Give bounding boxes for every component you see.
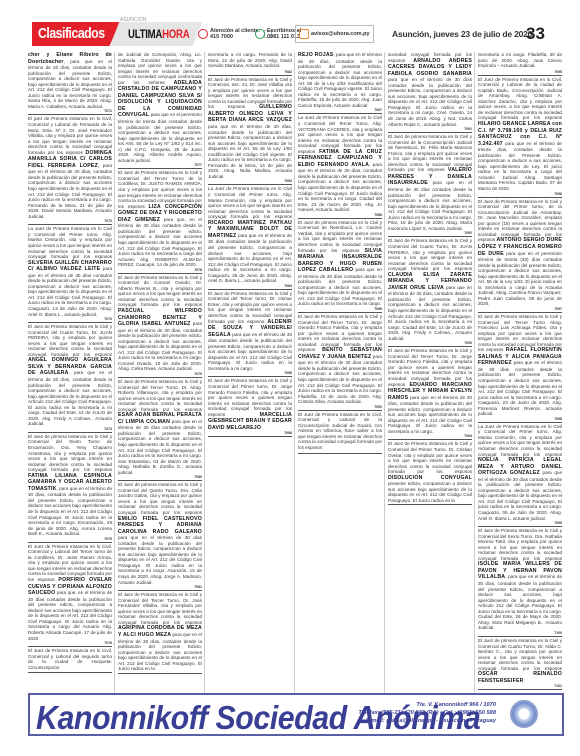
notice-code: 7077: [118, 163, 202, 167]
notice-text: para que en el término de 30 días contad…: [208, 332, 292, 371]
notice-code: 7081: [118, 585, 202, 589]
legal-notice: La Juez de Primera Instancia en lo Civil…: [478, 424, 562, 527]
notice-code: 7101: [478, 684, 562, 688]
notice-text: para que en el término de 30 días contad…: [28, 266, 112, 316]
notice-text: La Juez de Primera Instancia en lo Civil…: [478, 424, 562, 457]
notice-text: La Juez de Primera Instancia en lo Civil…: [28, 226, 112, 259]
notice-text: , para que en el término de 30 días, con…: [298, 162, 382, 212]
notice-text: , para que en el término de 30 días, con…: [28, 59, 112, 109]
notice-code: 7071: [28, 109, 112, 113]
page-header: ASUNCIÓN Clasificados ULTIMAHORA Atenció…: [0, 22, 580, 46]
notice-text: El Juez de Primera Instancia en lo Civil…: [388, 441, 472, 474]
legal-notice: sociedad conyugal formada por los esposo…: [388, 52, 472, 133]
notice-code: 7072: [28, 219, 112, 223]
notice-code: 7100: [478, 631, 562, 635]
notice-code: 7098: [478, 417, 562, 421]
notice-code: 7078: [118, 268, 202, 272]
company-logo-icon: [510, 700, 538, 728]
legal-notice: El Juez de Primera Instancia en lo Civil…: [118, 170, 202, 273]
issue-date: Asunción, jueves 23 de julio de 2020: [392, 29, 532, 39]
notice-text: para que en el término de 30 días, conta…: [118, 632, 202, 671]
notice-code: 7084: [208, 284, 292, 288]
notice-code: 7073: [28, 317, 112, 321]
notice-text: para que en el término de 30 días contad…: [118, 419, 202, 475]
section-title: Clasificados: [38, 25, 105, 42]
notice-text: para que en el término de 30 días contad…: [208, 233, 292, 283]
notice-text: El Juez de Primera Instancia en lo Civil…: [478, 528, 562, 561]
notice-text: El Juez de primera Instancia en lo Civil…: [28, 434, 112, 472]
notice-text: para que en el término de 30 días, conta…: [208, 124, 292, 179]
legal-notice: La Juez de Primera Instancia en lo Civil…: [298, 115, 382, 218]
notice-text: para que en el perentorio término de tre…: [478, 251, 562, 307]
legal-notice: El Juez de Primera Instancia en lo Civil…: [478, 528, 562, 637]
legal-notice: El Juez de Primera Instancia en lo Civil…: [388, 348, 472, 440]
notice-text: , para que en el término de 30 días, con…: [478, 574, 562, 630]
notice-party-names: OSCAR REINALDO FENSTERSEIFER: [478, 671, 562, 684]
notice-column: secretaría a mi cargo. Fernando de la Mo…: [208, 52, 295, 693]
notice-text: para que en el término de 30 días, conta…: [118, 321, 202, 371]
notice-column: REJO ROJAS, para que en el término de 30…: [298, 52, 385, 693]
notice-code: 7089: [298, 307, 382, 311]
legal-notice: El Juez de Primera Instancia en lo Civil…: [28, 324, 112, 433]
whatsapp-icon: [255, 29, 265, 39]
legal-notice: El Juez de Primera Instancia en lo Civil…: [388, 238, 472, 347]
notice-code: 7075: [28, 537, 112, 541]
notice-code: 7082: [208, 70, 292, 74]
legal-notice: El Juez de Primera Instancia en lo Civil…: [118, 592, 202, 674]
notice-code: 7092: [388, 231, 472, 235]
legal-notice: Secretaría a mi cargo. Filadelfia, 30 de…: [478, 52, 562, 76]
notice-code: 7088: [298, 213, 382, 217]
brand-hora: HORA: [162, 27, 189, 41]
legal-notice: El Juez de Primera Instancia en lo Civil…: [478, 77, 562, 198]
ad-contact-info: Tte. V. Kanonnikoff 966 / 1070 Telefax: …: [358, 701, 496, 725]
section-title-banner: Clasificados: [32, 22, 120, 46]
notice-text: para que en el término de 30 días contad…: [298, 267, 382, 306]
notice-text: para que, en el término de 30 días conta…: [28, 590, 112, 640]
brand-logo: ULTIMAHORA: [110, 22, 202, 46]
notice-text: para que en el término de 30 días contad…: [298, 354, 382, 404]
legal-notice: El Juez de Primera Instancia en lo Civil…: [208, 291, 292, 378]
page-number: 33: [526, 24, 545, 44]
notice-text: para que en el término de 30 días contad…: [388, 180, 472, 230]
legal-notice: El Juez de Primera Instancia en lo Civil…: [118, 275, 202, 378]
notice-code: 7097: [478, 307, 562, 311]
legal-notice: El Juez de Primera Instancia en lo Civil…: [298, 412, 382, 454]
notice-code: 7083: [208, 179, 292, 183]
notice-text: para que en el término de 30 días contad…: [478, 470, 562, 520]
notice-text: , para que en el término de 30 días, con…: [298, 52, 382, 108]
legal-notice: El Juez de Primera Instancia en lo Civil…: [478, 199, 562, 313]
legal-notice: cher y Eliane Ribeiro de Doertzbacher, p…: [28, 52, 112, 115]
legal-notice: secretaría a mi cargo. Fernando de la Mo…: [208, 52, 292, 76]
notice-text: El Juez de Primera Instancia en lo Civil…: [28, 324, 112, 357]
notice-code: 7074: [28, 427, 112, 431]
notice-code: 7099: [478, 521, 562, 525]
legal-notice: El juez de Primera Instancia en lo Civil…: [28, 116, 112, 225]
notice-party-names: EMILIO FIDEL CASTELNOVO PAREDES Y ADRIAN…: [118, 516, 202, 535]
notice-code: 7085: [208, 371, 292, 375]
notice-code: 7079: [118, 372, 202, 376]
notice-party-names: PASCUAL WILFRIDO CHAMORRO BENITEZ Y GLOR…: [118, 308, 202, 327]
notice-code: 7096: [478, 192, 562, 196]
legal-notice: de Judicial de Concepción, Abog. Lic. Ga…: [118, 52, 202, 169]
ad-email: E-mail: paksa@pla.net.py - Asunción - Pa…: [358, 717, 496, 725]
legal-notice: El Juez de primera Instancia en lo Civil…: [478, 638, 562, 690]
notice-text: Secretaría a mi cargo. Filadelfia, 30 de…: [478, 52, 562, 68]
notice-text: , para que en el término de 30 días, con…: [28, 370, 112, 426]
phone-icon: [198, 29, 208, 39]
notice-column: Secretaría a mi cargo. Filadelfia, 30 de…: [478, 52, 564, 693]
kanonnikoff-ad-banner: Kanonnikoff Sociedad Anónima Tte. V. Kan…: [28, 693, 564, 736]
legal-notice: El Juez de Primera Instancia en lo Civil…: [478, 314, 562, 423]
notice-column: de Judicial de Concepción, Abog. Lic. Ga…: [118, 52, 205, 693]
notice-text: para que en el término de 30 días contad…: [118, 535, 202, 584]
notice-text: El Juez de Primera Instancia en lo Civil…: [298, 412, 382, 450]
notice-text: para que en el término de 30 días contad…: [478, 360, 562, 416]
notice-code: 7076: [28, 641, 112, 645]
notice-text: para que en el término de 30 días contad…: [388, 77, 472, 126]
legal-notice: El Juez de primera Instancia en lo Civil…: [28, 434, 112, 543]
notice-text: presente edicto, comparezcan a deducir s…: [388, 481, 472, 503]
ad-phone: Telefax: (595-21) 420 842 (RA) - Cel.: (…: [358, 709, 496, 717]
notices-columns: cher y Eliane Ribeiro de Doertzbacher, p…: [28, 52, 564, 693]
notice-party-names: DISOLUCION CONYUGAL: [388, 475, 472, 481]
notice-code: 7093: [388, 341, 472, 345]
notice-code: 7091: [388, 127, 472, 131]
notice-text: La Juez de Primera Instancia en lo Civil…: [208, 186, 292, 219]
notice-text: para que en el término de 30 días, conta…: [388, 395, 472, 434]
notice-text: para que en el perentorio término de tre…: [118, 112, 202, 162]
notice-code: 7095: [478, 70, 562, 74]
legal-notice: El Juez de primera Instancia en lo Civil…: [298, 220, 382, 313]
notice-code: 7086: [208, 431, 292, 435]
notice-text: El Juez de Primera Instancia en lo Civil…: [118, 592, 202, 625]
notice-text: , para que en el término de 30 días, con…: [28, 163, 112, 219]
notice-code: 7094: [388, 434, 472, 438]
legal-notice: El Juez de Primera Instancia en lo Civil…: [118, 379, 202, 481]
ad-address: Tte. V. Kanonnikoff 966 / 1070: [358, 701, 496, 709]
legal-notice: El Juez de Primera Instancia en lo Civil…: [28, 648, 112, 673]
notice-code: 7080: [118, 475, 202, 479]
legal-notice: REJO ROJAS, para que en el término de 30…: [298, 52, 382, 114]
legal-notice: El Juez de Primera Instancia en lo Civil…: [208, 378, 292, 437]
notice-text: El Juez de primera Instancia en lo Civil…: [478, 638, 562, 671]
notice-party-names: REJO ROJAS: [298, 52, 333, 58]
legal-notice: La Juez de Primera Instancia en lo Civil…: [208, 186, 292, 289]
notice-column: sociedad conyugal formada por los esposo…: [388, 52, 475, 693]
notice-text: para que en el término de 30 días, conta…: [388, 285, 472, 341]
legal-notice: El Juez de primera Instancia en lo Civil…: [118, 482, 202, 591]
notice-column: cher y Eliane Ribeiro de Doertzbacher, p…: [28, 52, 115, 693]
brand-ultima: ULTIMA: [128, 27, 162, 41]
legal-notice: El Juez de Primera Instancia en lo Civil…: [28, 544, 112, 647]
legal-notice: El Juez de primera Instancia en lo Civil…: [388, 134, 472, 237]
notice-text: para que, en el término de 30 días conta…: [118, 217, 202, 267]
notice-text: El Juez de Primera Instancia en lo Civil…: [478, 77, 562, 121]
notice-code: 7090: [298, 405, 382, 409]
notice-text: secretaría a mi cargo. Fernando de la Mo…: [208, 52, 292, 68]
notice-text: , para que en el término de 30 días, con…: [28, 486, 112, 536]
notice-text: El Juez de Primera Instancia en lo Civil…: [118, 379, 202, 412]
legal-notice: El Juez de Primera Instancia en lo Civil…: [298, 314, 382, 411]
contact-email[interactable]: avisos@uhora.com.py: [295, 25, 374, 43]
notice-text: El Juez de Primera Instancia en lo Civil…: [118, 275, 202, 308]
notice-text: para que en el término de treinta días, …: [478, 141, 562, 191]
legal-notice: El Juez de Primera Instancia en lo Civil…: [208, 77, 292, 186]
mail-icon: [299, 29, 309, 39]
notice-text: El Juez de Primera Instancia en lo Civil…: [478, 199, 562, 243]
notice-text: El Juez de Primera Instancia en lo Civil…: [388, 238, 472, 271]
notice-text: El Juez de primera Instancia en lo Civil…: [118, 482, 202, 515]
notice-text: El Juez de Primera Instancia en lo Civil…: [28, 648, 112, 670]
legal-notice: El Juez de Primera Instancia en lo Civil…: [388, 441, 472, 505]
notice-code: 7087: [298, 108, 382, 112]
legal-notice: La Juez de Primera Instancia en lo Civil…: [28, 226, 112, 323]
